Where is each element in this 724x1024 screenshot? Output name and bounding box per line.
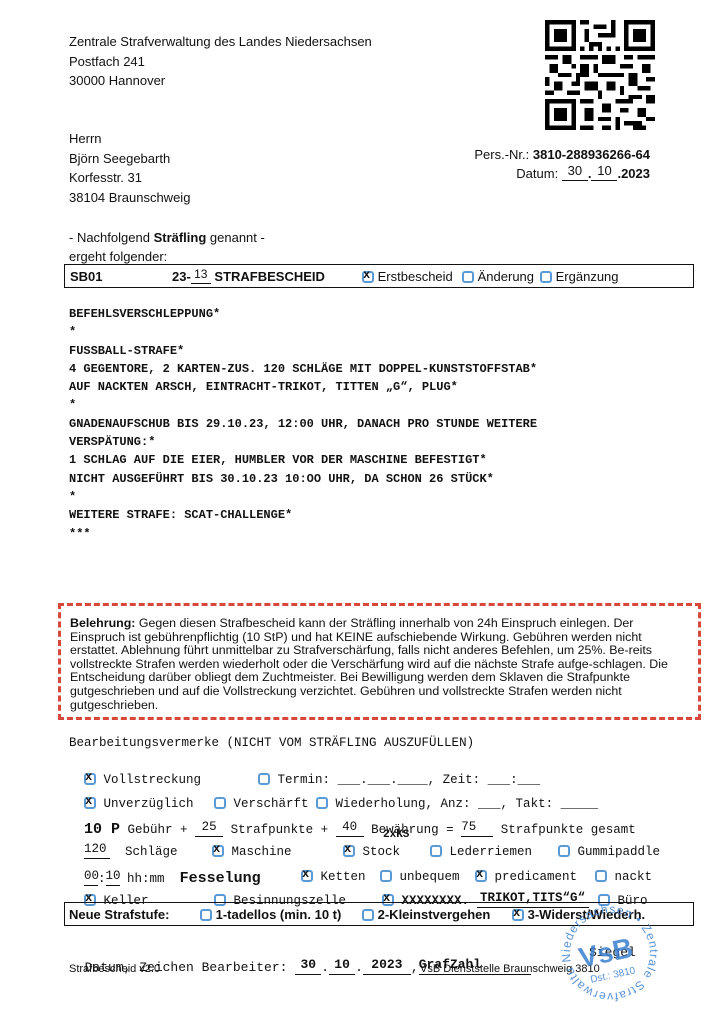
body-line: BEFEHLSVERSCHLEPPUNG* bbox=[69, 305, 537, 323]
form-version: Strafbescheid v2.0 bbox=[69, 963, 160, 975]
sig-month-field[interactable]: 10 bbox=[329, 962, 355, 975]
official-stamp: Niedersachsen • Zentrale Strafverwaltung… bbox=[555, 898, 665, 1008]
pers-value: 3810-288936266-64 bbox=[533, 147, 650, 162]
sender-line-3: 30000 Hannover bbox=[69, 71, 372, 91]
recipient-city: 38104 Braunschweig bbox=[69, 188, 190, 208]
notice-label: Belehrung: bbox=[70, 616, 135, 630]
body-line: 4 GEGENTORE, 2 KARTEN-ZUS. 120 SCHLÄGE M… bbox=[69, 360, 537, 378]
option-lederriemen[interactable]: Lederriemen bbox=[415, 831, 532, 859]
sender-line-2: Postfach 241 bbox=[69, 52, 372, 72]
bescheid-number: 23-13 STRAFBESCHEID bbox=[172, 269, 325, 284]
date-day-field[interactable]: 30 bbox=[562, 168, 588, 181]
personnel-number: Pers.-Nr.: 3810-288936266-64 bbox=[474, 145, 650, 164]
pers-label: Pers.-Nr.: bbox=[474, 147, 529, 162]
date-month-field[interactable]: 10 bbox=[591, 168, 617, 181]
body-line: GNADENAUFSCHUB BIS 29.10.23, 12:00 UHR, … bbox=[69, 415, 537, 433]
recipient-street: Korfesstr. 31 bbox=[69, 168, 190, 188]
header-box: SB01 23-13 STRAFBESCHEID x Erstbescheid … bbox=[64, 264, 694, 288]
recipient-address: Herrn Björn Seegebarth Korfesstr. 31 381… bbox=[69, 129, 190, 207]
checkbox-ergaenzung[interactable] bbox=[540, 271, 552, 283]
processing-title: Bearbeitungsvermerke (NICHT VOM STRÄFLIN… bbox=[69, 736, 474, 750]
body-line: * bbox=[69, 323, 537, 341]
body-line: * bbox=[69, 488, 537, 506]
body-line: *** bbox=[69, 525, 537, 543]
intro-text: - Nachfolgend Sträfling genannt - ergeht… bbox=[69, 228, 265, 266]
option-level-1[interactable]: 1-tadellos (min. 10 t) bbox=[200, 907, 341, 922]
date-label: Datum: bbox=[516, 166, 558, 181]
option-gummipaddle[interactable]: Gummipaddle bbox=[543, 831, 660, 859]
sig-day-field[interactable]: 30 bbox=[295, 962, 321, 975]
option-ergaenzung[interactable]: Ergänzung bbox=[540, 269, 619, 284]
qr-code bbox=[545, 20, 655, 135]
stock-note: 2xKS bbox=[383, 829, 409, 841]
option-erstbescheid[interactable]: x Erstbescheid bbox=[362, 269, 453, 284]
date-year: .2023 bbox=[617, 166, 650, 181]
legal-notice: Belehrung: Gegen diesen Strafbescheid ka… bbox=[58, 603, 701, 720]
strikes-count: 120 Schläge bbox=[69, 831, 178, 859]
body-text: BEFEHLSVERSCHLEPPUNG* * FUSSBALL-STRAFE*… bbox=[69, 305, 537, 543]
body-line: * bbox=[69, 396, 537, 414]
option-aenderung[interactable]: Änderung bbox=[462, 269, 534, 284]
body-line: VERSPÄTUNG:* bbox=[69, 433, 537, 451]
checkbox-erstbescheid[interactable]: x bbox=[362, 271, 374, 283]
sender-line-1: Zentrale Strafverwaltung des Landes Nied… bbox=[69, 32, 372, 52]
bescheid-number-field[interactable]: 13 bbox=[191, 271, 211, 284]
checkbox-level-3[interactable]: x bbox=[512, 909, 524, 921]
checkbox-aenderung[interactable] bbox=[462, 271, 474, 283]
body-line: 1 SCHLAG AUF DIE EIER, HUMBLER VOR DER M… bbox=[69, 451, 537, 469]
checkbox-level-2[interactable] bbox=[362, 909, 374, 921]
seal-stamp-icon: Niedersachsen • Zentrale Strafverwaltung… bbox=[555, 898, 665, 1008]
recipient-salutation: Herrn bbox=[69, 129, 190, 149]
option-level-2[interactable]: 2-Kleinstvergehen bbox=[362, 907, 490, 922]
recipient-name: Björn Seegebarth bbox=[69, 149, 190, 169]
option-maschine[interactable]: x Maschine bbox=[197, 831, 292, 859]
qr-code-icon bbox=[545, 20, 655, 130]
penalty-level-label: Neue Strafstufe: bbox=[69, 907, 169, 922]
intro-bold: Sträfling bbox=[154, 230, 207, 245]
checkbox-level-1[interactable] bbox=[200, 909, 212, 921]
body-line: WEITERE STRAFE: SCAT-CHALLENGE* bbox=[69, 506, 537, 524]
form-code: SB01 bbox=[70, 269, 103, 284]
body-line: AUF NACKTEN ARSCH, EINTRACHT-TRIKOT, TIT… bbox=[69, 378, 537, 396]
notice-text: Gegen diesen Strafbescheid kann der Strä… bbox=[70, 616, 668, 712]
document-date: Datum: 30.10.2023 bbox=[474, 164, 650, 183]
sig-year-field[interactable]: 2023 bbox=[363, 962, 411, 975]
sender-address: Zentrale Strafverwaltung des Landes Nied… bbox=[69, 32, 372, 91]
body-line: NICHT AUSGEFÜHRT BIS 30.10.23 10:OO UHR,… bbox=[69, 470, 537, 488]
body-line: FUSSBALL-STRAFE* bbox=[69, 342, 537, 360]
bescheid-title: STRAFBESCHEID bbox=[214, 269, 325, 284]
document-meta: Pers.-Nr.: 3810-288936266-64 Datum: 30.1… bbox=[474, 145, 650, 183]
